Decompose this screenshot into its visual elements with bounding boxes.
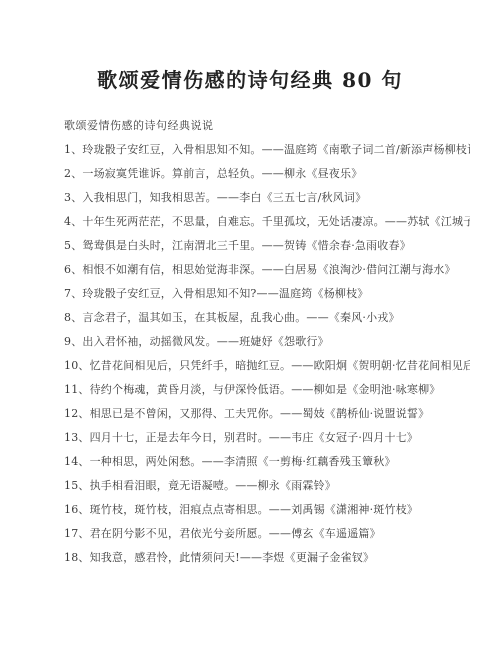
list-item: 4、十年生死两茫茫，不思量，自难忘。千里孤坟，无处话凄凉。——苏轼《江城子》 <box>64 210 470 234</box>
list-item: 16、斑竹枝，斑竹枝，泪痕点点寄相思。——刘禹锡《潇湘神·斑竹枝》 <box>64 498 470 522</box>
list-item: 9、出入君怀袖，动摇微风发。——班婕妤《怨歌行》 <box>64 330 470 354</box>
list-item: 14、一种相思，两处闲愁。——李清照《一剪梅·红藕香残玉簟秋》 <box>64 450 470 474</box>
list-item: 5、鸳鸯俱是白头时，江南渭北三千里。——贺铸《惜余春·急雨收春》 <box>64 234 470 258</box>
page-title: 歌颂爱情伤感的诗句经典 80 句 <box>0 66 500 94</box>
list-item: 7、玲珑骰子安红豆，入骨相思知不知?——温庭筠《杨柳枝》 <box>64 282 470 306</box>
list-item: 12、相思已是不曾闲，又那得、工夫咒你。——蜀妓《鹊桥仙·说盟说誓》 <box>64 402 470 426</box>
list-item: 3、入我相思门，知我相思苦。——李白《三五七言/秋风词》 <box>64 186 470 210</box>
list-item: 18、知我意，感君怜，此情须问天!——李煜《更漏子金雀钗》 <box>64 546 470 570</box>
list-item: 17、君在阴兮影不见，君依光兮妾所愿。——傅玄《车遥遥篇》 <box>64 522 470 546</box>
list-item: 15、执手相看泪眼，竟无语凝噎。——柳永《雨霖铃》 <box>64 474 470 498</box>
list-item: 6、相恨不如潮有信，相思始觉海非深。——白居易《浪淘沙·借问江潮与海水》 <box>64 258 470 282</box>
list-item: 13、四月十七，正是去年今日，别君时。——韦庄《女冠子·四月十七》 <box>64 426 470 450</box>
list-item: 1、玲珑骰子安红豆，入骨相思知不知。——温庭筠《南歌子词二首/新添声杨柳枝词》 <box>64 138 470 162</box>
list-item: 8、言念君子，温其如玉，在其板屋，乱我心曲。——《秦风·小戎》 <box>64 306 470 330</box>
list-item: 11、待约个梅魂，黄昏月淡，与伊深怜低语。——柳如是《金明池·咏寒柳》 <box>64 378 470 402</box>
document-page: 歌颂爱情伤感的诗句经典 80 句 歌颂爱情伤感的诗句经典说说 1、玲珑骰子安红豆… <box>0 0 500 647</box>
list-item: 2、一场寂寞凭谁诉。算前言，总轻负。——柳永《昼夜乐》 <box>64 162 470 186</box>
document-subtitle: 歌颂爱情伤感的诗句经典说说 <box>64 114 470 138</box>
list-item: 10、忆昔花间相见后，只凭纤手，暗抛红豆。——欧阳炯《贺明朝·忆昔花间相见后》 <box>64 354 470 378</box>
document-body: 歌颂爱情伤感的诗句经典说说 1、玲珑骰子安红豆，入骨相思知不知。——温庭筠《南歌… <box>0 114 500 570</box>
